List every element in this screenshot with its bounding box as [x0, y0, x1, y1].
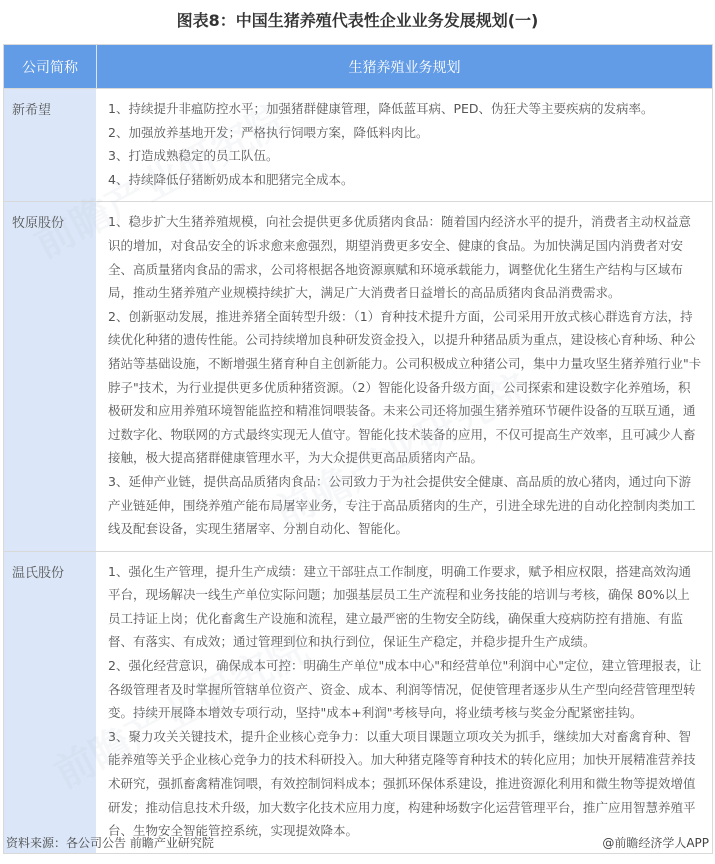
- plan-item: 2、创新驱动发展，推进养猪全面转型升级：（1）育种技术提升方面，公司采用开放式核…: [108, 305, 702, 470]
- plan-item: 1、持续提升非瘟防控水平；加强猪群健康管理，降低蓝耳病、PED、伪狂犬等主要疾病…: [108, 97, 702, 121]
- plan-item: 3、延伸产业链，提供高品质猪肉食品：公司致力于为社会提供安全健康、高品质的放心猪…: [108, 470, 702, 541]
- table-header-row: 公司简称 生猪养殖业务规划: [4, 45, 712, 88]
- table-row: 牧原股份 1、稳步扩大生猪养殖规模，向社会提供更多优质猪肉食品：随着国内经济水平…: [4, 201, 712, 550]
- company-name: 牧原股份: [4, 202, 96, 550]
- chart-title: 图表8：中国生猪养殖代表性企业业务发展规划(一): [0, 8, 715, 31]
- table-row: 温氏股份 1、强化生产管理，提升生产成绩：建立干部驻点工作制度，明确工作要求，赋…: [4, 551, 712, 853]
- plan-cell: 1、强化生产管理，提升生产成绩：建立干部驻点工作制度，明确工作要求，赋予相应权限…: [96, 552, 712, 853]
- header-company: 公司简称: [4, 45, 97, 88]
- business-plan-table: 公司简称 生猪养殖业务规划 新希望 1、持续提升非瘟防控水平；加强猪群健康管理，…: [3, 44, 713, 854]
- plan-item: 1、强化生产管理，提升生产成绩：建立干部驻点工作制度，明确工作要求，赋予相应权限…: [108, 560, 702, 654]
- table-row: 新希望 1、持续提升非瘟防控水平；加强猪群健康管理，降低蓝耳病、PED、伪狂犬等…: [4, 88, 712, 201]
- company-name: 新希望: [4, 89, 96, 201]
- credit: @前瞻经济学人APP: [602, 834, 709, 851]
- header-plan: 生猪养殖业务规划: [97, 45, 712, 88]
- plan-item: 1、稳步扩大生猪养殖规模，向社会提供更多优质猪肉食品：随着国内经济水平的提升，消…: [108, 210, 702, 304]
- plan-item: 2、强化经营意识，确保成本可控：明确生产单位"成本中心"和经营单位"利润中心"定…: [108, 654, 702, 725]
- company-name: 温氏股份: [4, 552, 96, 853]
- footer: 资料来源：各公司公告 前瞻产业研究院 @前瞻经济学人APP: [6, 834, 709, 851]
- source-note: 资料来源：各公司公告 前瞻产业研究院: [6, 834, 214, 851]
- plan-item: 3、聚力攻关关键技术，提升企业核心竞争力：以重大项目课题立项攻关为抓手，继续加大…: [108, 725, 702, 843]
- plan-item: 2、加强放养基地开发；严格执行饲喂方案，降低料肉比。: [108, 121, 702, 145]
- plan-cell: 1、稳步扩大生猪养殖规模，向社会提供更多优质猪肉食品：随着国内经济水平的提升，消…: [96, 202, 712, 550]
- plan-item: 3、打造成熟稳定的员工队伍。: [108, 144, 702, 168]
- plan-cell: 1、持续提升非瘟防控水平；加强猪群健康管理，降低蓝耳病、PED、伪狂犬等主要疾病…: [96, 89, 712, 201]
- plan-item: 4、持续降低仔猪断奶成本和肥猪完全成本。: [108, 168, 702, 192]
